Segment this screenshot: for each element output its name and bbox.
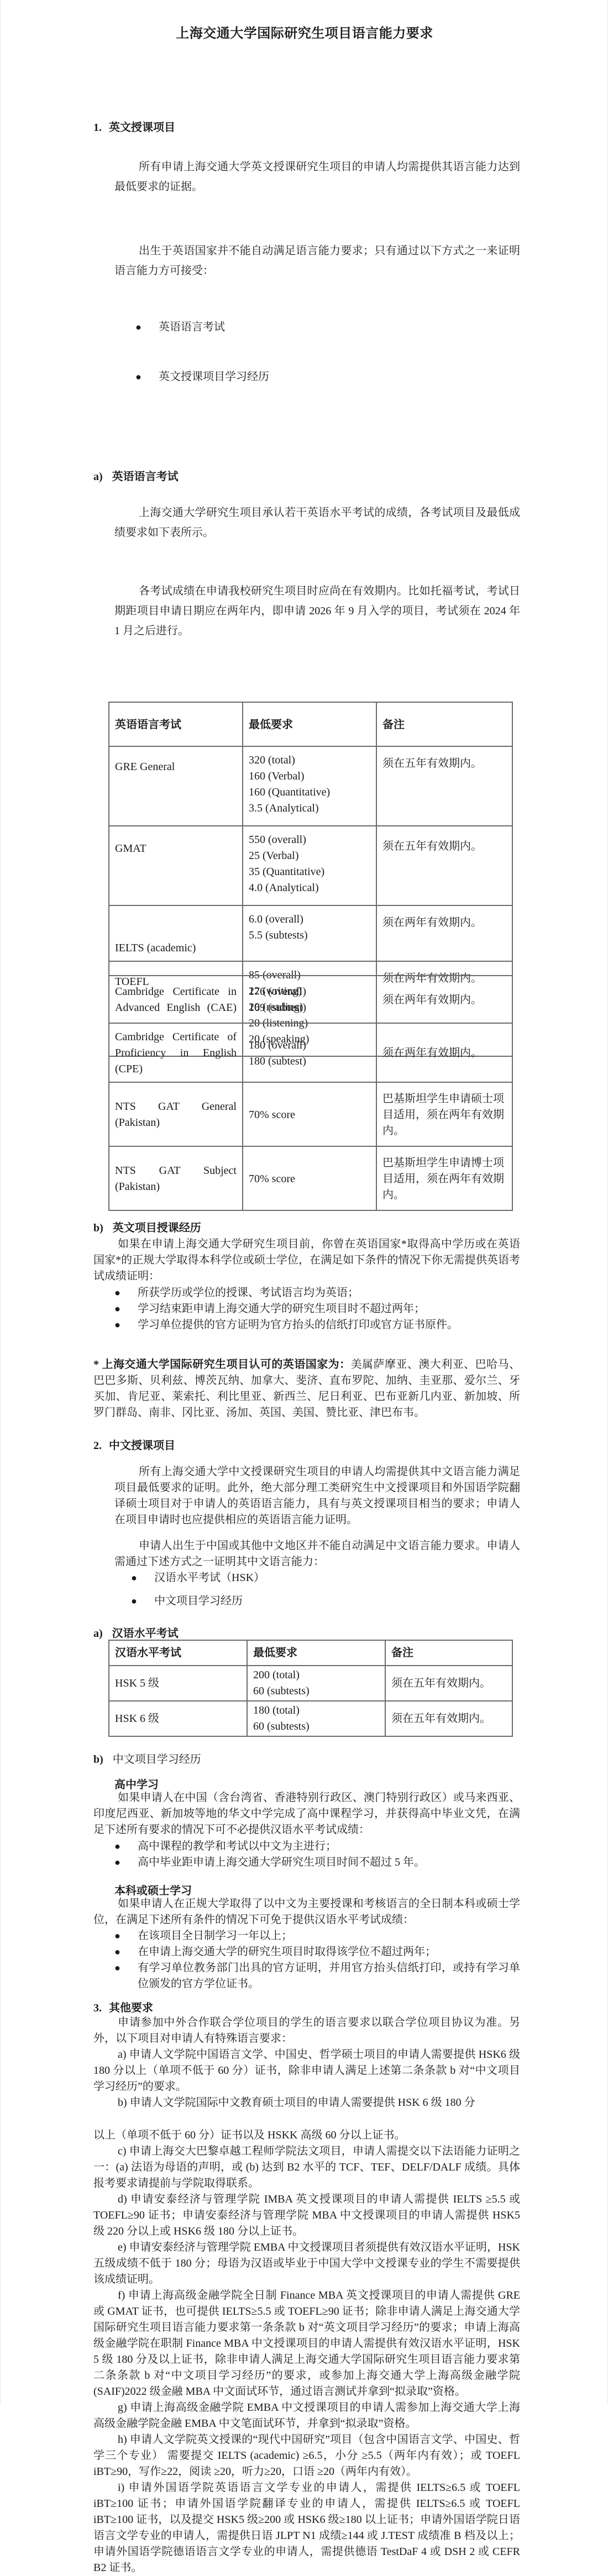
- column-header: 汉语水平考试: [109, 1640, 247, 1666]
- bullet-icon: ●: [131, 1570, 154, 1586]
- min-requirement-cell: 6.0 (overall)5.5 (subtests): [243, 905, 376, 961]
- requirement-line: 320 (total): [249, 752, 370, 768]
- section-1-paragraph-2: 出生于英语国家并不能自动满足语言能力要求；只有通过以下方式之一来证明语言能力方可…: [114, 241, 520, 281]
- column-header: 备注: [385, 1640, 512, 1666]
- table-row: GMAT550 (overall)25 (Verbal)35 (Quantita…: [109, 826, 512, 905]
- table-row: Cambridge Certificate in Advanced Englis…: [109, 976, 512, 1023]
- list-item: ●高中毕业距申请上海交通大学研究生项目时间不超过 5 年。: [114, 1855, 520, 1871]
- note-cell: 须在五年有效期内。: [376, 746, 512, 826]
- degree-list: ●在该项目全日制学习一年以上； ●在申请上海交通大学的研究生项目时取得该学位不超…: [114, 1928, 520, 1992]
- table-row: HSK 5 级200 (total)60 (subtests)须在五年有效期内。: [109, 1666, 512, 1701]
- bullet-icon: ●: [135, 369, 159, 385]
- requirement-line: 4.0 (Analytical): [249, 880, 370, 896]
- section-2-paragraph-1: 所有上海交通大学中文授课研究生项目的申请人均需提供其中文语言能力满足项目最低要求…: [114, 1464, 520, 1528]
- requirement-line: 160 (Quantitative): [249, 784, 370, 800]
- bullet-icon: ●: [135, 319, 159, 335]
- list-item: ●在该项目全日制学习一年以上；: [114, 1928, 520, 1944]
- bullet-icon: ●: [114, 1944, 138, 1960]
- exam-cell: IELTS (academic): [109, 905, 243, 961]
- min-requirement-cell: 200 (total)60 (subtests): [247, 1666, 385, 1701]
- requirement-line: 160 (Verbal): [249, 768, 370, 784]
- min-requirement-cell: 180 (total)60 (subtests): [247, 1701, 385, 1736]
- highschool-list: ●高中课程的教学和考试以中文为主进行； ●高中毕业距申请上海交通大学研究生项目时…: [114, 1839, 520, 1871]
- requirement-line: 200 (total): [253, 1667, 379, 1683]
- section-number: 1.: [93, 122, 102, 134]
- bullet-icon: ●: [114, 1960, 138, 1992]
- requirement-item: a) 申请人文学院中国语言文学、中国史、哲学硕士项目的申请人需要提供 HSK6 …: [93, 2047, 520, 2095]
- exam-cell: NTS GAT General (Pakistan): [109, 1082, 243, 1146]
- requirement-item: g) 申请上海高级金融学院 EMBA 中文授课项目的申请人需参加上海交通大学上海…: [93, 2400, 520, 2432]
- requirement-line: 550 (overall): [249, 832, 370, 848]
- requirement-line: 180 (total): [253, 1703, 379, 1719]
- bullet-icon: ●: [114, 1928, 138, 1944]
- bullet-icon: ●: [114, 1285, 138, 1301]
- requirement-item: f) 申请上海高级金融学院全日制 Finance MBA 英文授课项目的申请人需…: [93, 2288, 520, 2400]
- exam-cell: Cambridge Certificate in Advanced Englis…: [109, 976, 243, 1023]
- section-2-paragraph-2: 申请人出生于中国或其他中文地区并不能自动满足中文语言能力要求。申请人需通过下述方…: [114, 1538, 520, 1570]
- requirement-item: 以上（单项不低于 60 分）证书以及 HSKK 高级 60 分以上证书。: [93, 2127, 520, 2143]
- section-1-heading: 1. 英文授课项目: [93, 118, 175, 134]
- column-header: 英语语言考试: [109, 702, 243, 746]
- table-row: HSK 6 级180 (total)60 (subtests)须在五年有效期内。: [109, 1701, 512, 1736]
- requirement-line: 25 (Verbal): [249, 848, 370, 864]
- list-item: ●高中课程的教学和考试以中文为主进行；: [114, 1839, 520, 1855]
- requirement-item: c) 申请上海交大巴黎卓越工程师学院法文项目，申请人需提交以下法语能力证明之一：…: [93, 2143, 520, 2192]
- min-requirement-cell: 176 (overall)169 (subtest): [243, 976, 376, 1023]
- section-2-subsection-b-heading: b) 中文项目学习经历: [93, 1750, 201, 1766]
- list-item: ●所获学历或学位的授课、考试语言均为英语；: [114, 1285, 520, 1301]
- requirement-line: 176 (overall): [249, 984, 370, 1000]
- requirement-item: i) 申请外国语学院英语语言文学专业的申请人，需提供 IELTS≥6.5 或 T…: [93, 2480, 520, 2576]
- requirement-line: 5.5 (subtests): [249, 928, 370, 944]
- bullet-icon: ●: [114, 1839, 138, 1855]
- note-cell: 须在五年有效期内。: [385, 1701, 512, 1736]
- column-header: 最低要求: [243, 702, 376, 746]
- exam-cell: GRE General: [109, 746, 243, 826]
- bullet-icon: ●: [114, 1855, 138, 1871]
- table-row: IELTS (academic)6.0 (overall)5.5 (subtes…: [109, 905, 512, 961]
- section-3: 3. 其他要求 申请参加中外合作联合学位项目的学生的语言要求以联合学位项目协议为…: [93, 1999, 520, 2576]
- exam-cell: HSK 6 级: [109, 1701, 247, 1736]
- subsection-a-paragraph-2: 各考试成绩在申请我校研究生项目时应尚在有效期内。比如托福考试，考试日期距项目申请…: [114, 581, 520, 641]
- exam-cell: NTS GAT Subject (Pakistan): [109, 1146, 243, 1210]
- degree-heading: 本科或硕士学习: [114, 1882, 192, 1898]
- list-item: ● 英语语言考试: [135, 319, 467, 335]
- bullet-icon: ●: [114, 1301, 138, 1317]
- english-test-table-continued: Cambridge Certificate in Advanced Englis…: [108, 975, 513, 1211]
- note-cell: 须在两年有效期内。: [376, 905, 512, 961]
- table-header-row: 汉语水平考试 最低要求 备注: [109, 1640, 512, 1666]
- subsection-b-paragraph: 如果在申请上海交通大学研究生项目前，你曾在英语国家*取得高中学历或在英语国家*的…: [93, 1236, 520, 1284]
- list-item: ●有学习单位教务部门出具的官方证明，并用官方抬头信纸打印，或持有学习单位颁发的官…: [114, 1960, 520, 1992]
- requirement-item: b) 申请人文学院国际中文教育硕士项目的申请人需要提供 HSK 6 级 180 …: [93, 2095, 520, 2111]
- subsection-b-heading: b) 英文项目授课经历: [93, 1219, 201, 1235]
- table-row: NTS GAT General (Pakistan)70% score巴基斯坦学…: [109, 1082, 512, 1146]
- requirement-item: h) 申请人文学院英文授课的“现代中国研究”项目（包含中国语言文学、中国史、哲学…: [93, 2432, 520, 2480]
- list-item: ●学习结束距申请上海交通大学的研究生项目时不超过两年；: [114, 1301, 520, 1317]
- requirement-line: 70% score: [249, 1107, 370, 1123]
- min-requirement-cell: 550 (overall)25 (Verbal)35 (Quantitative…: [243, 826, 376, 905]
- min-requirement-cell: 70% score: [243, 1146, 376, 1210]
- section-3-intro: 申请参加中外合作联合学位项目的学生的语言要求以联合学位项目协议为准。另外，以下项…: [93, 2015, 520, 2047]
- section-2-subsection-a-heading: a) 汉语水平考试: [93, 1624, 179, 1640]
- requirement-line: 169 (subtest): [249, 1000, 370, 1016]
- requirement-line: 35 (Quantitative): [249, 864, 370, 880]
- list-item: ●学习单位提供的官方证明为官方抬头的信纸打印或官方证书原件。: [114, 1317, 520, 1333]
- bullet-icon: ●: [114, 1317, 138, 1333]
- note-cell: 须在五年有效期内。: [385, 1666, 512, 1701]
- list-item: ● 汉语水平考试（HSK）: [131, 1570, 463, 1586]
- min-requirement-cell: 180 (overall)180 (subtest): [243, 1023, 376, 1082]
- section-title: 英文授课项目: [109, 122, 175, 134]
- requirement-item: e) 申请安泰经济与管理学院 EMBA 中文授课项目者须提供有效汉语水平证明，H…: [93, 2240, 520, 2288]
- requirement-item: d) 申请安泰经济与管理学院 IMBA 英文授课项目的申请人需提供 IELTS …: [93, 2192, 520, 2240]
- table-row: GRE General320 (total)160 (Verbal)160 (Q…: [109, 746, 512, 826]
- requirement-line: 60 (subtests): [253, 1719, 379, 1735]
- list-item: ●在申请上海交通大学的研究生项目时取得该学位不超过两年；: [114, 1944, 520, 1960]
- subsection-a-heading: a) 英语语言考试: [93, 467, 179, 483]
- requirement-line: 60 (subtests): [253, 1683, 379, 1699]
- exam-cell: HSK 5 级: [109, 1666, 247, 1701]
- exam-cell: GMAT: [109, 826, 243, 905]
- section-3-items: a) 申请人文学院中国语言文学、中国史、哲学硕士项目的申请人需要提供 HSK6 …: [93, 2047, 520, 2576]
- note-cell: 须在两年有效期内。: [376, 1023, 512, 1082]
- requirement-line: 180 (overall): [249, 1037, 370, 1053]
- section-3-heading: 3. 其他要求: [93, 1999, 520, 2015]
- requirement-line: 6.0 (overall): [249, 912, 370, 928]
- list-item: ● 中文项目学习经历: [131, 1593, 463, 1609]
- highschool-paragraph: 如果申请人在中国（含台湾省、香港特别行政区、澳门特别行政区）或马来西亚、印度尼西…: [93, 1790, 520, 1838]
- highschool-heading: 高中学习: [114, 1776, 159, 1792]
- table-row: Cambridge Certificate of Proficiency in …: [109, 1023, 512, 1082]
- min-requirement-cell: 320 (total)160 (Verbal)160 (Quantitative…: [243, 746, 376, 826]
- section-2-heading: 2. 中文授课项目: [93, 1436, 175, 1452]
- column-header: 最低要求: [247, 1640, 385, 1666]
- subsection-a-paragraph-1: 上海交通大学研究生项目承认若干英语水平考试的成绩，各考试项目及最低成绩要求如下表…: [114, 503, 520, 542]
- degree-paragraph: 如果申请人在正规大学取得了以中文为主要授课和考核语言的全日制本科或硕士学位，在满…: [93, 1896, 520, 1928]
- requirement-line: 70% score: [249, 1171, 370, 1187]
- list-item: ● 英文授课项目学习经历: [135, 369, 467, 385]
- table-header-row: 英语语言考试 最低要求 备注: [109, 702, 512, 746]
- note-cell: 巴基斯坦学生申请博士项目适用，须在两年有效期内。: [376, 1146, 512, 1210]
- requirement-line: 180 (subtest): [249, 1053, 370, 1070]
- bullet-icon: ●: [131, 1593, 154, 1609]
- note-cell: 须在两年有效期内。: [376, 976, 512, 1023]
- requirement-line: 3.5 (Analytical): [249, 800, 370, 816]
- page-title: 上海交通大学国际研究生项目语言能力要求: [1, 22, 608, 41]
- english-countries-note: * 上海交通大学国际研究生项目认可的英语国家为：美属萨摩亚、澳大利亚、巴哈马、巴…: [93, 1357, 520, 1421]
- min-requirement-cell: 70% score: [243, 1082, 376, 1146]
- exam-cell: Cambridge Certificate of Proficiency in …: [109, 1023, 243, 1082]
- column-header: 备注: [376, 702, 512, 746]
- table-row: NTS GAT Subject (Pakistan)70% score巴基斯坦学…: [109, 1146, 512, 1210]
- note-cell: 巴基斯坦学生申请硕士项目适用，须在两年有效期内。: [376, 1082, 512, 1146]
- subsection-b-list: ●所获学历或学位的授课、考试语言均为英语； ●学习结束距申请上海交通大学的研究生…: [114, 1285, 520, 1333]
- hsk-table: 汉语水平考试 最低要求 备注 HSK 5 级200 (total)60 (sub…: [108, 1640, 513, 1737]
- note-cell: 须在五年有效期内。: [376, 826, 512, 905]
- section-1-paragraph-1: 所有申请上海交通大学英文授课研究生项目的申请人均需提供其语言能力达到最低要求的证…: [114, 157, 520, 197]
